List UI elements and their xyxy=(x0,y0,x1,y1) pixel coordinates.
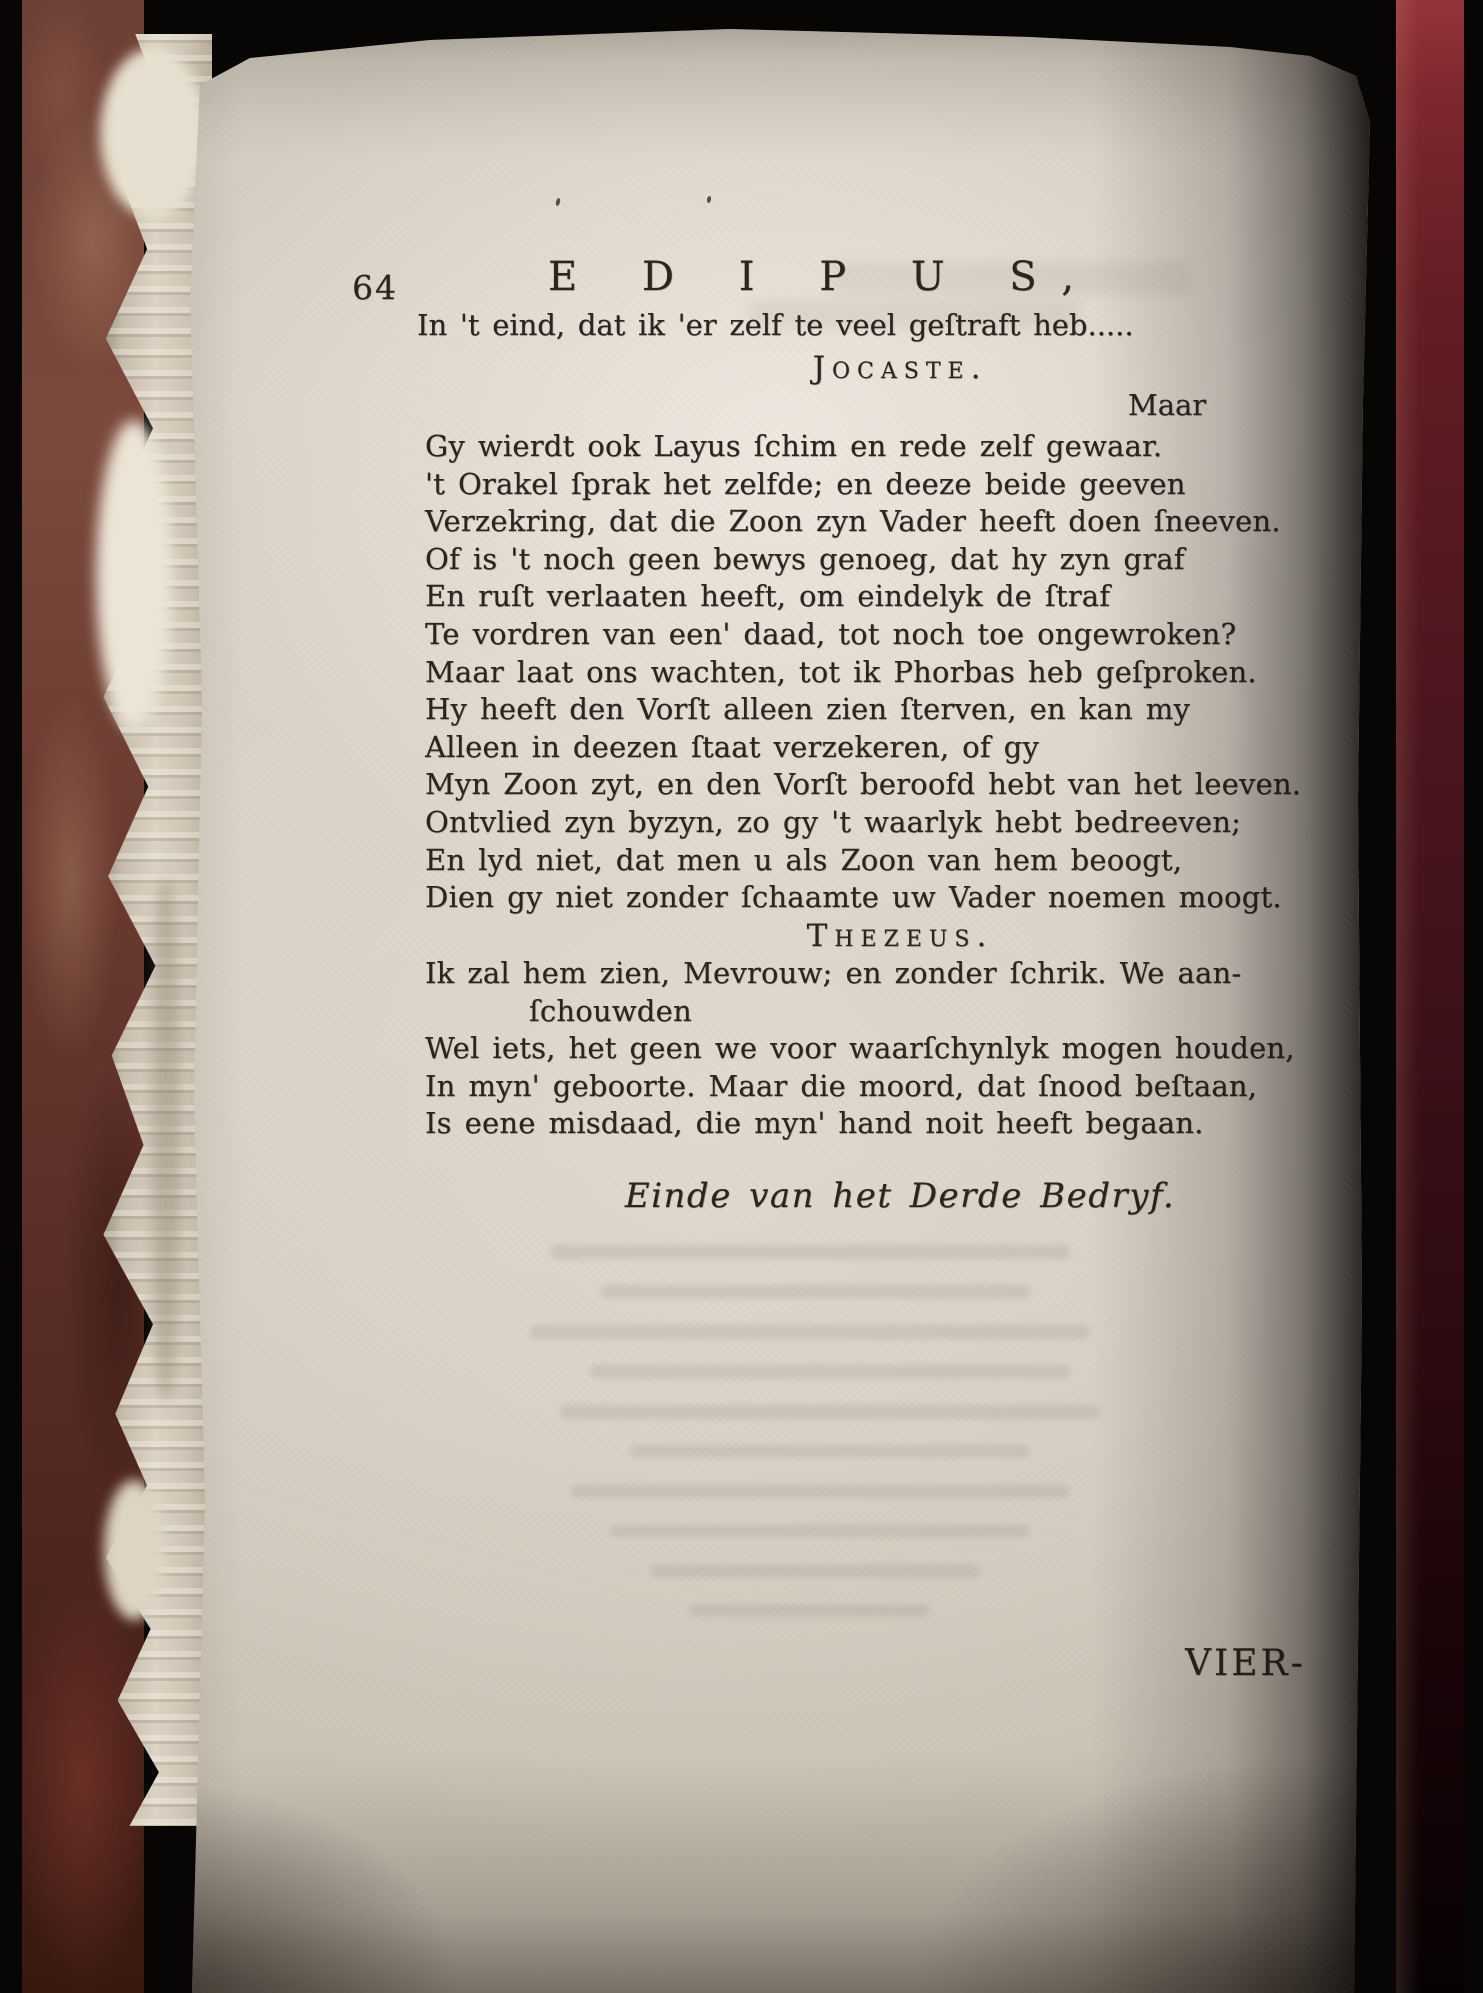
page-edge-highlight xyxy=(96,420,171,730)
running-header: E D I P U S, xyxy=(548,254,1100,300)
verse-line: Hy heeft den Vorſt alleen zien ſterven, … xyxy=(425,691,1301,729)
show-through-smudge xyxy=(590,1365,1070,1378)
book-cover-edge xyxy=(1396,0,1464,1993)
verse-line: Te vordren van een' daad, tot noch toe o… xyxy=(425,616,1301,654)
verse-line: En ruſt verlaaten heeft, om eindelyk de … xyxy=(425,578,1301,616)
show-through-smudge xyxy=(650,1565,980,1577)
page-edge-shadow xyxy=(150,880,180,1400)
verse-line: Ik zal hem zien, Mevrouw; en zonder ſchr… xyxy=(425,955,1295,993)
show-through-smudge xyxy=(690,1605,930,1616)
book-page: 64 E D I P U S, In 't eind, dat ik 'er z… xyxy=(130,0,1378,1993)
verse-line: Wel iets, het geen we voor waarſchynlyk … xyxy=(425,1030,1295,1068)
verse-cue: Maar xyxy=(1128,388,1206,422)
verse-line: Maar laat ons wachten, tot ik Phorbas he… xyxy=(425,654,1301,692)
show-through-smudge xyxy=(600,1285,1030,1298)
verse-line: Is eene misdaad, die myn' hand noit heef… xyxy=(425,1105,1295,1143)
verse-line-runover: ſchouwden xyxy=(425,993,1295,1031)
verse-line: Ontvlied zyn byzyn, zo gy 't waarlyk heb… xyxy=(425,804,1301,842)
verse-line: In 't eind, dat ik 'er zelf te veel geſt… xyxy=(417,308,1134,342)
speaker-heading-thezeus: Thezeus. xyxy=(430,918,1370,954)
verse-line: Of is 't noch geen bewys genoeg, dat hy … xyxy=(425,541,1301,579)
speaker-heading-jocaste: Jocaste. xyxy=(430,350,1370,386)
verse-line: In myn' geboorte. Maar die moord, dat ſn… xyxy=(425,1068,1295,1106)
verse-line: Myn Zoon zyt, en den Vorſt beroofd hebt … xyxy=(425,766,1301,804)
verse-line: En lyd niet, dat men u als Zoon van hem … xyxy=(425,842,1301,880)
show-through-smudge xyxy=(570,1485,1070,1498)
verse-line: Gy wierdt ook Layus ſchim en rede zelf g… xyxy=(425,428,1301,466)
act-end-line: Einde van het Derde Bedryf. xyxy=(430,1176,1370,1216)
verse-line: 't Orakel ſprak het zelfde; en deeze bei… xyxy=(425,466,1301,504)
catchword: VIER- xyxy=(1185,1643,1306,1684)
verse-line: Alleen in deezen ſtaat verzekeren, of gy xyxy=(425,729,1301,767)
page-number: 64 xyxy=(352,268,398,307)
show-through-smudge xyxy=(560,1405,1100,1419)
ink-speck xyxy=(706,196,711,204)
page-edge-highlight xyxy=(100,48,205,218)
page-edge-highlight xyxy=(104,1480,164,1620)
show-through-smudge xyxy=(610,1525,1030,1537)
show-through-smudge xyxy=(550,1245,1070,1259)
speech-jocaste: Gy wierdt ook Layus ſchim en rede zelf g… xyxy=(425,428,1301,917)
book-photo: 64 E D I P U S, In 't eind, dat ik 'er z… xyxy=(0,0,1483,1993)
ink-speck xyxy=(555,198,561,207)
speech-thezeus: Ik zal hem zien, Mevrouw; en zonder ſchr… xyxy=(425,955,1295,1143)
verse-line: Verzekring, dat die Zoon zyn Vader heeft… xyxy=(425,503,1301,541)
verse-line: Dien gy niet zonder ſchaamte uw Vader no… xyxy=(425,879,1301,917)
show-through-smudge xyxy=(630,1445,1030,1457)
show-through-smudge xyxy=(530,1325,1090,1339)
